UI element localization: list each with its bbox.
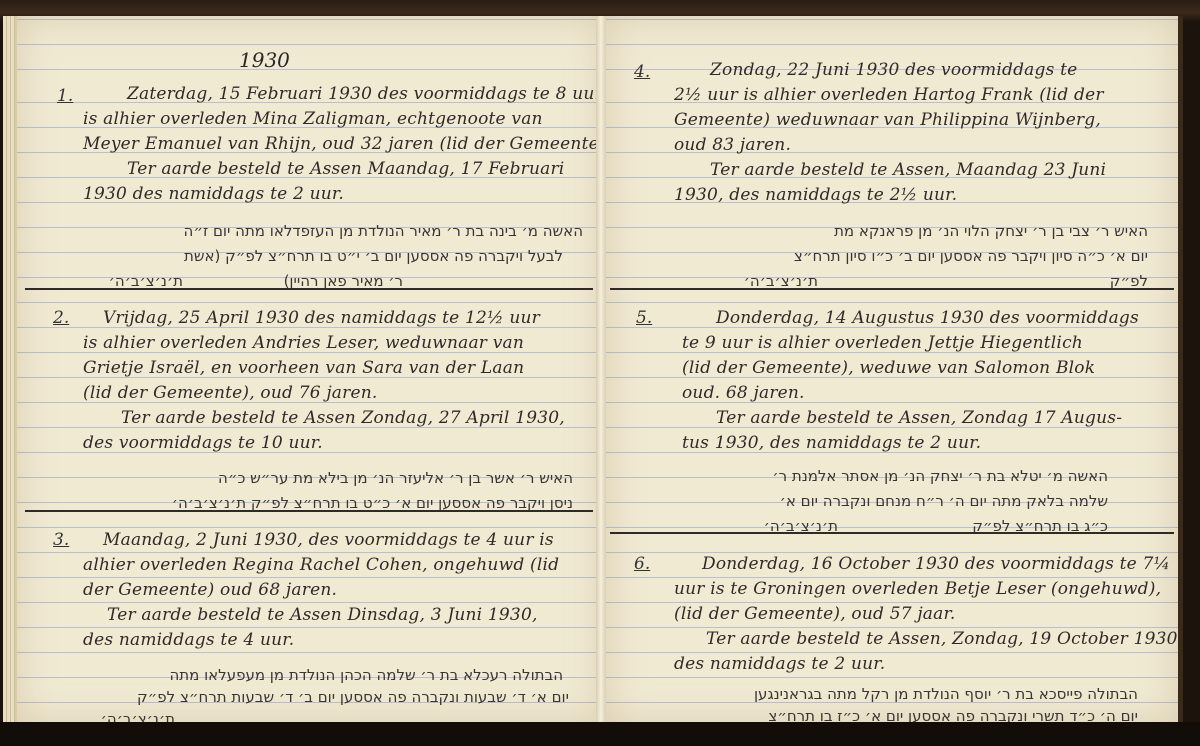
hebrew-text-line: יום א׳ כ״ה סיון ויקבר פה אססען יום ב׳ כ״… <box>794 244 1148 269</box>
hebrew-text-line: ת׳נ׳צ׳ב׳ה׳ <box>109 269 183 294</box>
entry-separator <box>610 288 1174 290</box>
entry-text-line: uur is te Groningen overleden Betje Lese… <box>674 577 1161 602</box>
entry-text-line: Donderdag, 16 October 1930 des voormidda… <box>702 552 1170 577</box>
entry-text-line: Maandag, 2 Juni 1930, des voormiddags te… <box>103 528 554 553</box>
hebrew-text-line: לבעל ויקברה פה אססען יום ב׳ י״ט בו תרח״צ… <box>184 244 563 269</box>
entry-text-line: alhier overleden Regina Rachel Cohen, on… <box>83 553 559 578</box>
hebrew-text-line: האיש ר׳ צבי בן ר׳ יצחק הלוי הנ׳ מן פראנק… <box>834 219 1148 244</box>
entry-text-line: Ter aarde besteld te Assen Maandag, 17 F… <box>127 157 564 182</box>
entry-text-line: oud. 68 jaren. <box>682 381 805 406</box>
year-heading: 1930 <box>239 48 290 72</box>
entry-text-line: te 9 uur is alhier overleden Jettje Hieg… <box>682 331 1083 356</box>
entry-text-line: is alhier overleden Andries Leser, weduw… <box>83 331 524 356</box>
entry-separator <box>610 532 1174 534</box>
entry-text-line: is alhier overleden Mina Zaligman, echtg… <box>83 107 543 132</box>
hebrew-text-line: ניסן ויקבר פה אססען יום א׳ כ״ט בו תרח״צ … <box>172 491 573 516</box>
hebrew-text-line: כ״ג בו תרח״צ לפ״ק <box>972 514 1108 539</box>
open-register-book: 1930 1. Zaterdag, 15 Februari 1930 des v… <box>0 0 1200 746</box>
entry-text-line: 1930 des namiddags te 2 uur. <box>83 182 344 207</box>
entry-text-line: Gemeente) weduwnaar van Philippina Wijnb… <box>674 108 1101 133</box>
entry-text-line: Grietje Israël, en voorheen van Sara van… <box>83 356 524 381</box>
entry-text-line: Meyer Emanuel van Rhijn, oud 32 jaren (l… <box>83 132 606 157</box>
entry-text-line: (lid der Gemeente), oud 76 jaren. <box>83 381 377 406</box>
left-page: 1930 1. Zaterdag, 15 Februari 1930 des v… <box>14 16 603 724</box>
hebrew-text-line: האשה מ׳ בינה בת ר׳ מאיר הנולדת מן העזפדל… <box>184 219 583 244</box>
entry-separator <box>25 288 593 290</box>
entry-number: 2. <box>53 308 69 328</box>
hebrew-text-line: יום א׳ ד׳ שבעות ונקברה פה אססען יום ב׳ ד… <box>137 685 569 710</box>
entry-number: 3. <box>53 530 69 550</box>
entry-text-line: 1930, des namiddags te 2½ uur. <box>674 183 957 208</box>
right-page: 4. Zondag, 22 Juni 1930 des voormiddags … <box>606 16 1183 724</box>
entry-text-line: Zaterdag, 15 Februari 1930 des voormidda… <box>127 82 603 107</box>
hebrew-text-line: לפ״ק <box>1110 269 1148 294</box>
hebrew-text-line: ר׳ מאיר פאן רהיין) <box>284 269 403 294</box>
entry-text-line: Donderdag, 14 Augustus 1930 des voormidd… <box>716 306 1139 331</box>
entry-text-line: tus 1930, des namiddags te 2 uur. <box>682 431 981 456</box>
entry-number: 5. <box>636 308 652 328</box>
entry-text-line: Ter aarde besteld te Assen Zondag, 27 Ap… <box>121 406 565 431</box>
hebrew-text-line: שלמה בלאק מתה יום ה׳ ר״ח מנחם ונקברה יום… <box>780 489 1108 514</box>
entry-text-line: Ter aarde besteld te Assen, Zondag, 19 O… <box>706 627 1183 652</box>
entry-text-line: (lid der Gemeente), weduwe van Salomon B… <box>682 356 1095 381</box>
entry-text-line: der Gemeente) oud 68 jaren. <box>83 578 337 603</box>
entry-number: 6. <box>634 554 650 574</box>
hebrew-text-line: ת׳נ׳צ׳ב׳ה׳ <box>764 514 838 539</box>
entry-text-line: Ter aarde besteld te Assen Dinsdag, 3 Ju… <box>107 603 538 628</box>
entry-number: 4. <box>634 62 650 82</box>
entry-text-line: oud 83 jaren. <box>674 133 791 158</box>
entry-text-line: Ter aarde besteld te Assen, Zondag 17 Au… <box>716 406 1122 431</box>
entry-text-line: des namiddags te 4 uur. <box>83 628 294 653</box>
entry-text-line: Ter aarde besteld te Assen, Maandag 23 J… <box>710 158 1106 183</box>
entry-separator <box>25 510 593 512</box>
hebrew-text-line: האשה מ׳ יטלא בת ר׳ יצחק הנ׳ מן אסתר אלמנ… <box>772 464 1108 489</box>
entry-text-line: 2½ uur is alhier overleden Hartog Frank … <box>674 83 1104 108</box>
entry-text-line: Vrijdag, 25 April 1930 des namiddags te … <box>103 306 540 331</box>
hebrew-text-line: האיש ר׳ אשר בן ר׳ אליעזר הנ׳ מן בילא מת … <box>218 466 573 491</box>
entry-number: 1. <box>57 86 73 106</box>
hebrew-text-line: ת׳נ׳צ׳ב׳ה׳ <box>744 269 818 294</box>
entry-text-line: (lid der Gemeente), oud 57 jaar. <box>674 602 956 627</box>
book-bottom-edge <box>0 722 1200 746</box>
entry-text-line: des namiddags te 2 uur. <box>674 652 885 677</box>
entry-text-line: Zondag, 22 Juni 1930 des voormiddags te <box>710 58 1077 83</box>
entry-text-line: des voormiddags te 10 uur. <box>83 431 323 456</box>
